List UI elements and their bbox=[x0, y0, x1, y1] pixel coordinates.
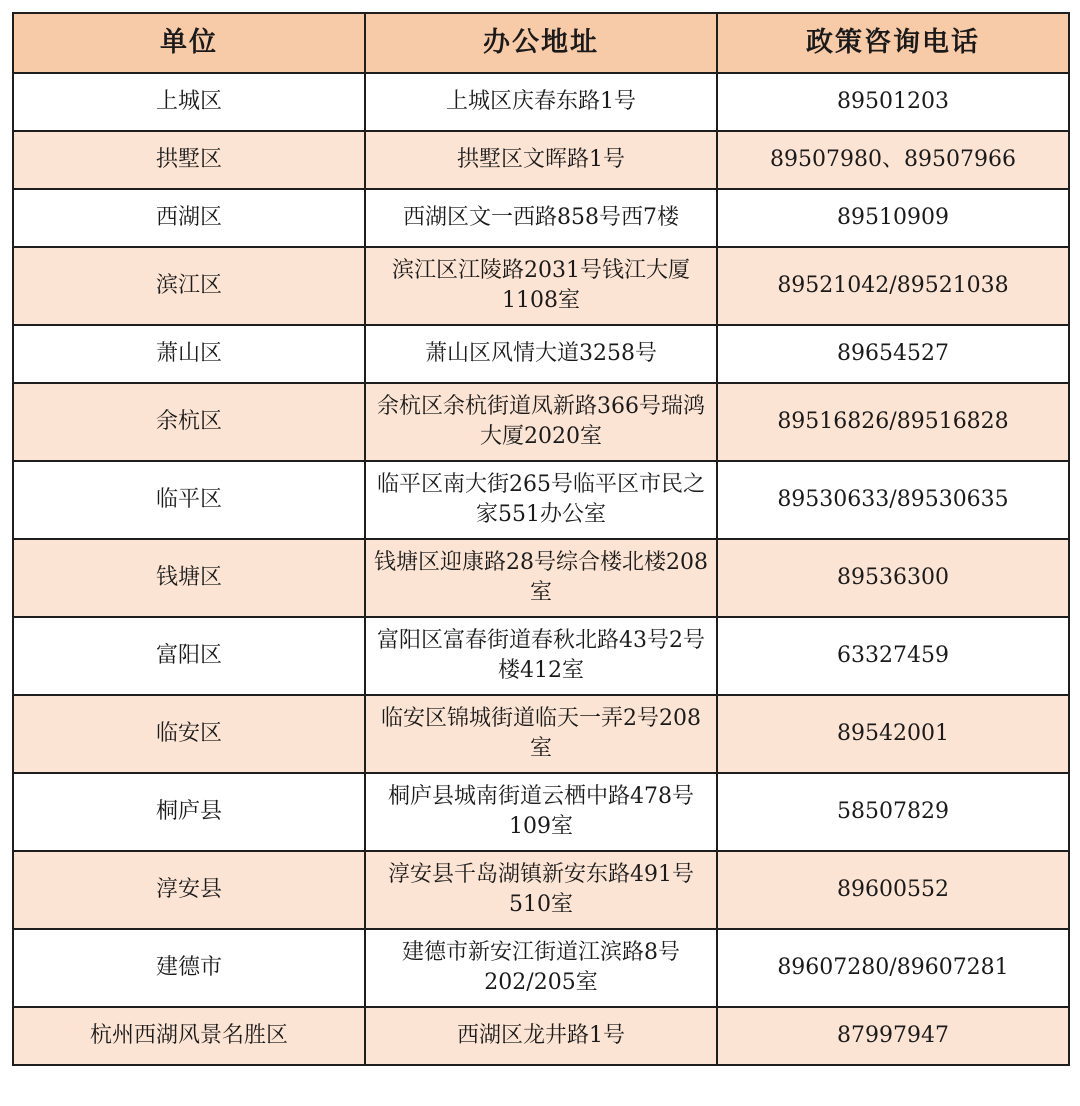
cell-unit: 建德市 bbox=[13, 929, 365, 1007]
cell-address: 西湖区龙井路1号 bbox=[365, 1007, 717, 1065]
cell-address: 富阳区富春街道春秋北路43号2号楼412室 bbox=[365, 617, 717, 695]
cell-unit: 滨江区 bbox=[13, 247, 365, 325]
cell-address: 上城区庆春东路1号 bbox=[365, 73, 717, 131]
cell-address: 萧山区风情大道3258号 bbox=[365, 325, 717, 383]
cell-unit: 杭州西湖风景名胜区 bbox=[13, 1007, 365, 1065]
table-row: 拱墅区 拱墅区文晖路1号 89507980、89507966 bbox=[13, 131, 1069, 189]
table-row: 西湖区 西湖区文一西路858号西7楼 89510909 bbox=[13, 189, 1069, 247]
cell-unit: 钱塘区 bbox=[13, 539, 365, 617]
table-row: 滨江区 滨江区江陵路2031号钱江大厦1108室 89521042/895210… bbox=[13, 247, 1069, 325]
header-phone: 政策咨询电话 bbox=[717, 13, 1069, 73]
cell-unit: 桐庐县 bbox=[13, 773, 365, 851]
header-address: 办公地址 bbox=[365, 13, 717, 73]
cell-unit: 西湖区 bbox=[13, 189, 365, 247]
table-row: 杭州西湖风景名胜区 西湖区龙井路1号 87997947 bbox=[13, 1007, 1069, 1065]
cell-unit: 余杭区 bbox=[13, 383, 365, 461]
table-row: 建德市 建德市新安江街道江滨路8号202/205室 89607280/89607… bbox=[13, 929, 1069, 1007]
table-row: 萧山区 萧山区风情大道3258号 89654527 bbox=[13, 325, 1069, 383]
cell-unit: 临平区 bbox=[13, 461, 365, 539]
table-row: 上城区 上城区庆春东路1号 89501203 bbox=[13, 73, 1069, 131]
contact-table-container: 单位 办公地址 政策咨询电话 上城区 上城区庆春东路1号 89501203 拱墅… bbox=[12, 12, 1068, 1066]
cell-phone: 87997947 bbox=[717, 1007, 1069, 1065]
cell-phone: 89542001 bbox=[717, 695, 1069, 773]
cell-address: 临平区南大街265号临平区市民之家551办公室 bbox=[365, 461, 717, 539]
table-row: 钱塘区 钱塘区迎康路28号综合楼北楼208室 89536300 bbox=[13, 539, 1069, 617]
cell-address: 西湖区文一西路858号西7楼 bbox=[365, 189, 717, 247]
cell-unit: 临安区 bbox=[13, 695, 365, 773]
table-row: 富阳区 富阳区富春街道春秋北路43号2号楼412室 63327459 bbox=[13, 617, 1069, 695]
cell-unit: 拱墅区 bbox=[13, 131, 365, 189]
cell-phone: 89654527 bbox=[717, 325, 1069, 383]
table-row: 临平区 临平区南大街265号临平区市民之家551办公室 89530633/895… bbox=[13, 461, 1069, 539]
header-unit: 单位 bbox=[13, 13, 365, 73]
cell-phone: 89501203 bbox=[717, 73, 1069, 131]
cell-phone: 89607280/89607281 bbox=[717, 929, 1069, 1007]
cell-phone: 89510909 bbox=[717, 189, 1069, 247]
cell-address: 桐庐县城南街道云栖中路478号109室 bbox=[365, 773, 717, 851]
cell-phone: 89600552 bbox=[717, 851, 1069, 929]
cell-address: 淳安县千岛湖镇新安东路491号510室 bbox=[365, 851, 717, 929]
cell-phone: 89507980、89507966 bbox=[717, 131, 1069, 189]
cell-phone: 89516826/89516828 bbox=[717, 383, 1069, 461]
cell-address: 滨江区江陵路2031号钱江大厦1108室 bbox=[365, 247, 717, 325]
table-row: 余杭区 余杭区余杭街道凤新路366号瑞鸿大厦2020室 89516826/895… bbox=[13, 383, 1069, 461]
cell-phone: 89536300 bbox=[717, 539, 1069, 617]
cell-phone: 63327459 bbox=[717, 617, 1069, 695]
table-row: 淳安县 淳安县千岛湖镇新安东路491号510室 89600552 bbox=[13, 851, 1069, 929]
cell-unit: 淳安县 bbox=[13, 851, 365, 929]
table-row: 临安区 临安区锦城街道临天一弄2号208室 89542001 bbox=[13, 695, 1069, 773]
policy-consultation-table: 单位 办公地址 政策咨询电话 上城区 上城区庆春东路1号 89501203 拱墅… bbox=[12, 12, 1070, 1066]
table-header-row: 单位 办公地址 政策咨询电话 bbox=[13, 13, 1069, 73]
cell-phone: 89530633/89530635 bbox=[717, 461, 1069, 539]
table-row: 桐庐县 桐庐县城南街道云栖中路478号109室 58507829 bbox=[13, 773, 1069, 851]
cell-phone: 89521042/89521038 bbox=[717, 247, 1069, 325]
cell-address: 临安区锦城街道临天一弄2号208室 bbox=[365, 695, 717, 773]
cell-address: 建德市新安江街道江滨路8号202/205室 bbox=[365, 929, 717, 1007]
cell-address: 钱塘区迎康路28号综合楼北楼208室 bbox=[365, 539, 717, 617]
cell-address: 余杭区余杭街道凤新路366号瑞鸿大厦2020室 bbox=[365, 383, 717, 461]
cell-address: 拱墅区文晖路1号 bbox=[365, 131, 717, 189]
cell-phone: 58507829 bbox=[717, 773, 1069, 851]
cell-unit: 上城区 bbox=[13, 73, 365, 131]
cell-unit: 富阳区 bbox=[13, 617, 365, 695]
cell-unit: 萧山区 bbox=[13, 325, 365, 383]
